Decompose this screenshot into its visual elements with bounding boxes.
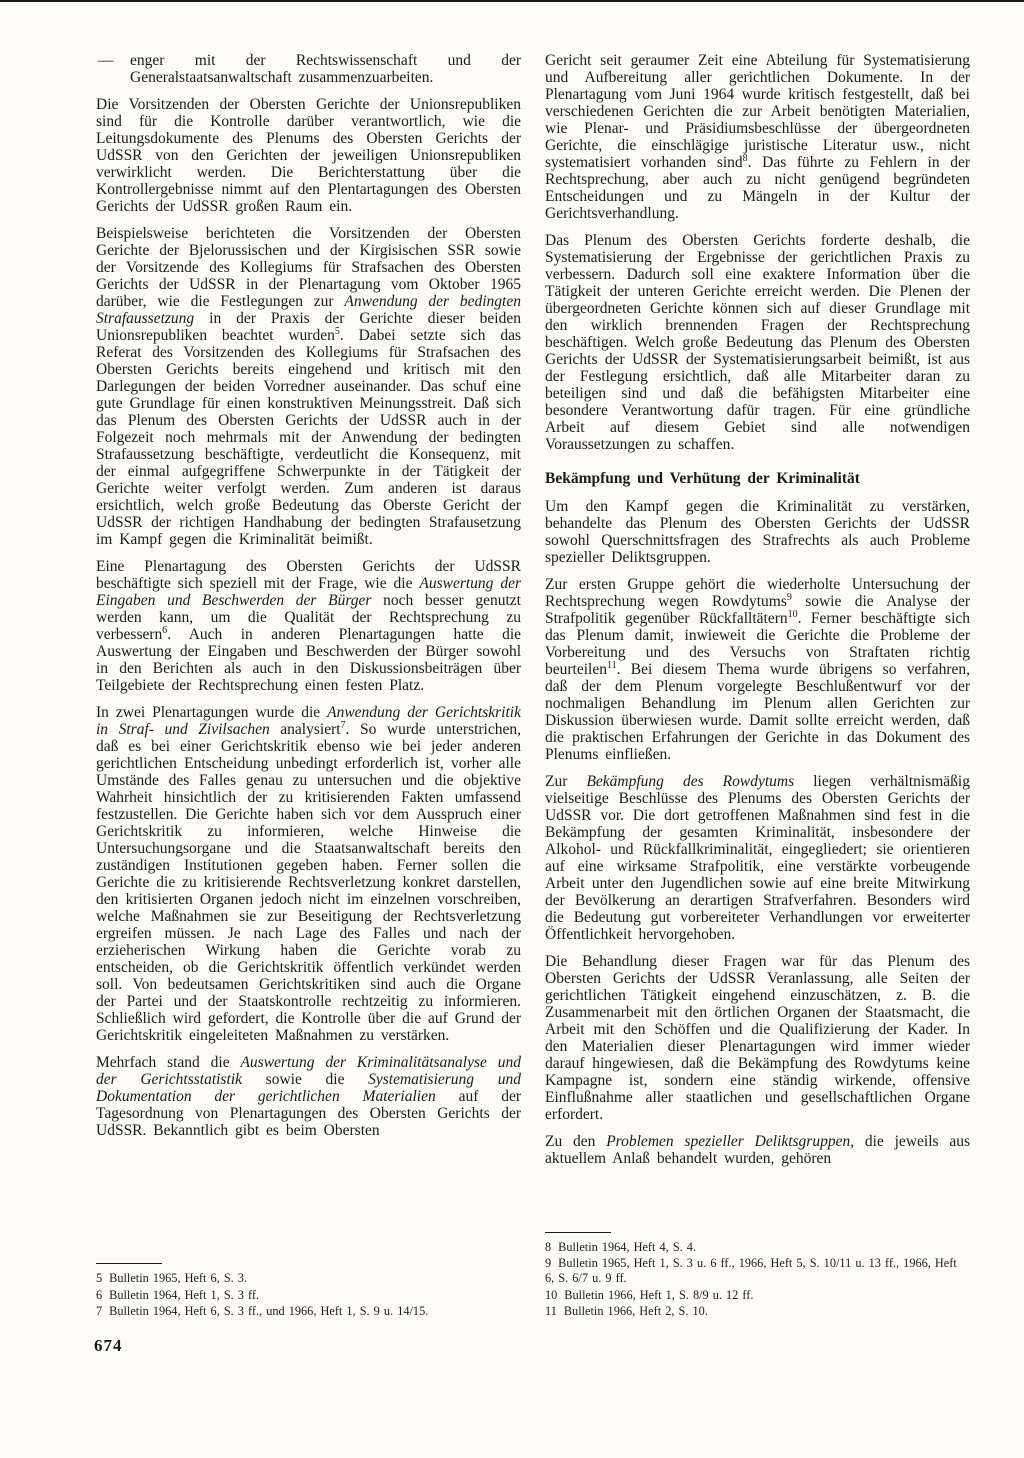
paragraph: Beispielsweise berichteten die Vorsitzen… [96,225,521,548]
footnote-text: Bulletin 1965, Heft 1, S. 3 u. 6 ff., 19… [545,1256,957,1285]
footnote-number: 10 [545,1288,564,1302]
list-dash: — [98,52,114,69]
footnote-number: 9 [545,1256,558,1270]
right-column: Gericht seit geraumer Zeit eine Abteilun… [545,52,970,1320]
text-segment: analysiert [270,721,341,738]
right-footnotes: 8Bulletin 1964, Heft 4, S. 4.9Bulletin 1… [545,1240,970,1320]
footnote: 7Bulletin 1964, Heft 6, S. 3 ff., und 19… [96,1304,521,1319]
footnote: 9Bulletin 1965, Heft 1, S. 3 u. 6 ff., 1… [545,1256,970,1286]
text-segment: . Bei diesem Thema wurde übrigens so ver… [545,661,970,763]
two-column-layout: —enger mit der Rechtswissenschaft und de… [0,0,1024,1320]
footnote-text: Bulletin 1965, Heft 6, S. 3. [109,1271,247,1285]
paragraph: Zur Bekämpfung des Rowdytums liegen verh… [545,773,970,943]
paragraph: Gericht seit geraumer Zeit eine Abteilun… [545,52,970,222]
left-column-text: —enger mit der Rechtswissenschaft und de… [96,52,521,1253]
left-column: —enger mit der Rechtswissenschaft und de… [96,52,521,1320]
footnote-text: Bulletin 1964, Heft 1, S. 3 ff. [109,1288,259,1302]
text-segment: In zwei Plenartagungen wurde die [96,704,327,721]
text-segment: Problemen spezieller Deliktsgruppen [606,1133,850,1150]
text-segment: Das Plenum des Obersten Gerichts fordert… [545,232,970,453]
right-column-text: Gericht seit geraumer Zeit eine Abteilun… [545,52,970,1222]
document-page: —enger mit der Rechtswissenschaft und de… [0,0,1024,1458]
text-segment: Mehrfach stand die [96,1054,240,1071]
footnote: 8Bulletin 1964, Heft 4, S. 4. [545,1240,970,1255]
paragraph: Die Vorsitzenden der Obersten Gerichte d… [96,96,521,215]
footnote-text: Bulletin 1966, Heft 1, S. 8/9 u. 12 ff. [564,1288,753,1302]
scan-artifact-top-edge [0,0,1024,2]
text-segment: Zur [545,773,586,790]
footnote-text: Bulletin 1964, Heft 6, S. 3 ff., und 196… [109,1304,428,1318]
text-segment: sowie die [242,1071,368,1088]
text-segment: . Dabei setzte sich das Referat des Vors… [96,327,521,548]
text-segment: Die Behandlung dieser Fragen war für das… [545,953,970,1123]
text-segment: . So wurde unterstrichen, daß es bei ein… [96,721,521,1044]
footnote: 10Bulletin 1966, Heft 1, S. 8/9 u. 12 ff… [545,1288,970,1303]
footnote: 11Bulletin 1966, Heft 2, S. 10. [545,1304,970,1319]
paragraph: Die Behandlung dieser Fragen war für das… [545,953,970,1123]
paragraph: In zwei Plenartagungen wurde die Anwendu… [96,704,521,1044]
footnote-ref: 10 [788,609,798,620]
footnote-number: 11 [545,1304,564,1318]
footnote: 5Bulletin 1965, Heft 6, S. 3. [96,1271,521,1286]
paragraph: Das Plenum des Obersten Gerichts fordert… [545,232,970,453]
section-heading: Bekämpfung und Verhütung der Kriminalitä… [545,470,970,487]
text-segment: Die Vorsitzenden der Obersten Gerichte d… [96,96,521,215]
footnote-number: 7 [96,1304,109,1318]
list-item: —enger mit der Rechtswissenschaft und de… [96,52,521,86]
paragraph: Zu den Problemen spezieller Deliktsgrupp… [545,1133,970,1167]
left-footnotes: 5Bulletin 1965, Heft 6, S. 3.6Bulletin 1… [96,1271,521,1320]
text-segment: enger mit der Rechtswissenschaft und der… [130,52,521,86]
footnote: 6Bulletin 1964, Heft 1, S. 3 ff. [96,1288,521,1303]
page-number: 674 [94,1336,123,1356]
text-segment: Bekämpfung und Verhütung der Kriminalitä… [545,470,860,487]
footnote-ref: 11 [607,660,617,671]
paragraph: Um den Kampf gegen die Kriminalität zu v… [545,498,970,566]
text-segment: Bekämpfung des Rowdytums [586,773,794,790]
paragraph: Mehrfach stand die Auswertung der Krimin… [96,1054,521,1139]
footnote-text: Bulletin 1966, Heft 2, S. 10. [564,1304,708,1318]
footnote-number: 6 [96,1288,109,1302]
footnote-separator [545,1232,611,1233]
text-segment: Zu den [545,1133,606,1150]
footnote-text: Bulletin 1964, Heft 4, S. 4. [558,1240,696,1254]
paragraph: Eine Plenartagung des Obersten Gerichts … [96,558,521,694]
footnote-separator [96,1263,162,1264]
text-segment: Um den Kampf gegen die Kriminalität zu v… [545,498,970,566]
footnote-number: 8 [545,1240,558,1254]
text-segment: liegen verhältnismäßig vielseitige Besch… [545,773,970,943]
paragraph: Zur ersten Gruppe gehört die wiederholte… [545,576,970,763]
footnote-number: 5 [96,1271,109,1285]
